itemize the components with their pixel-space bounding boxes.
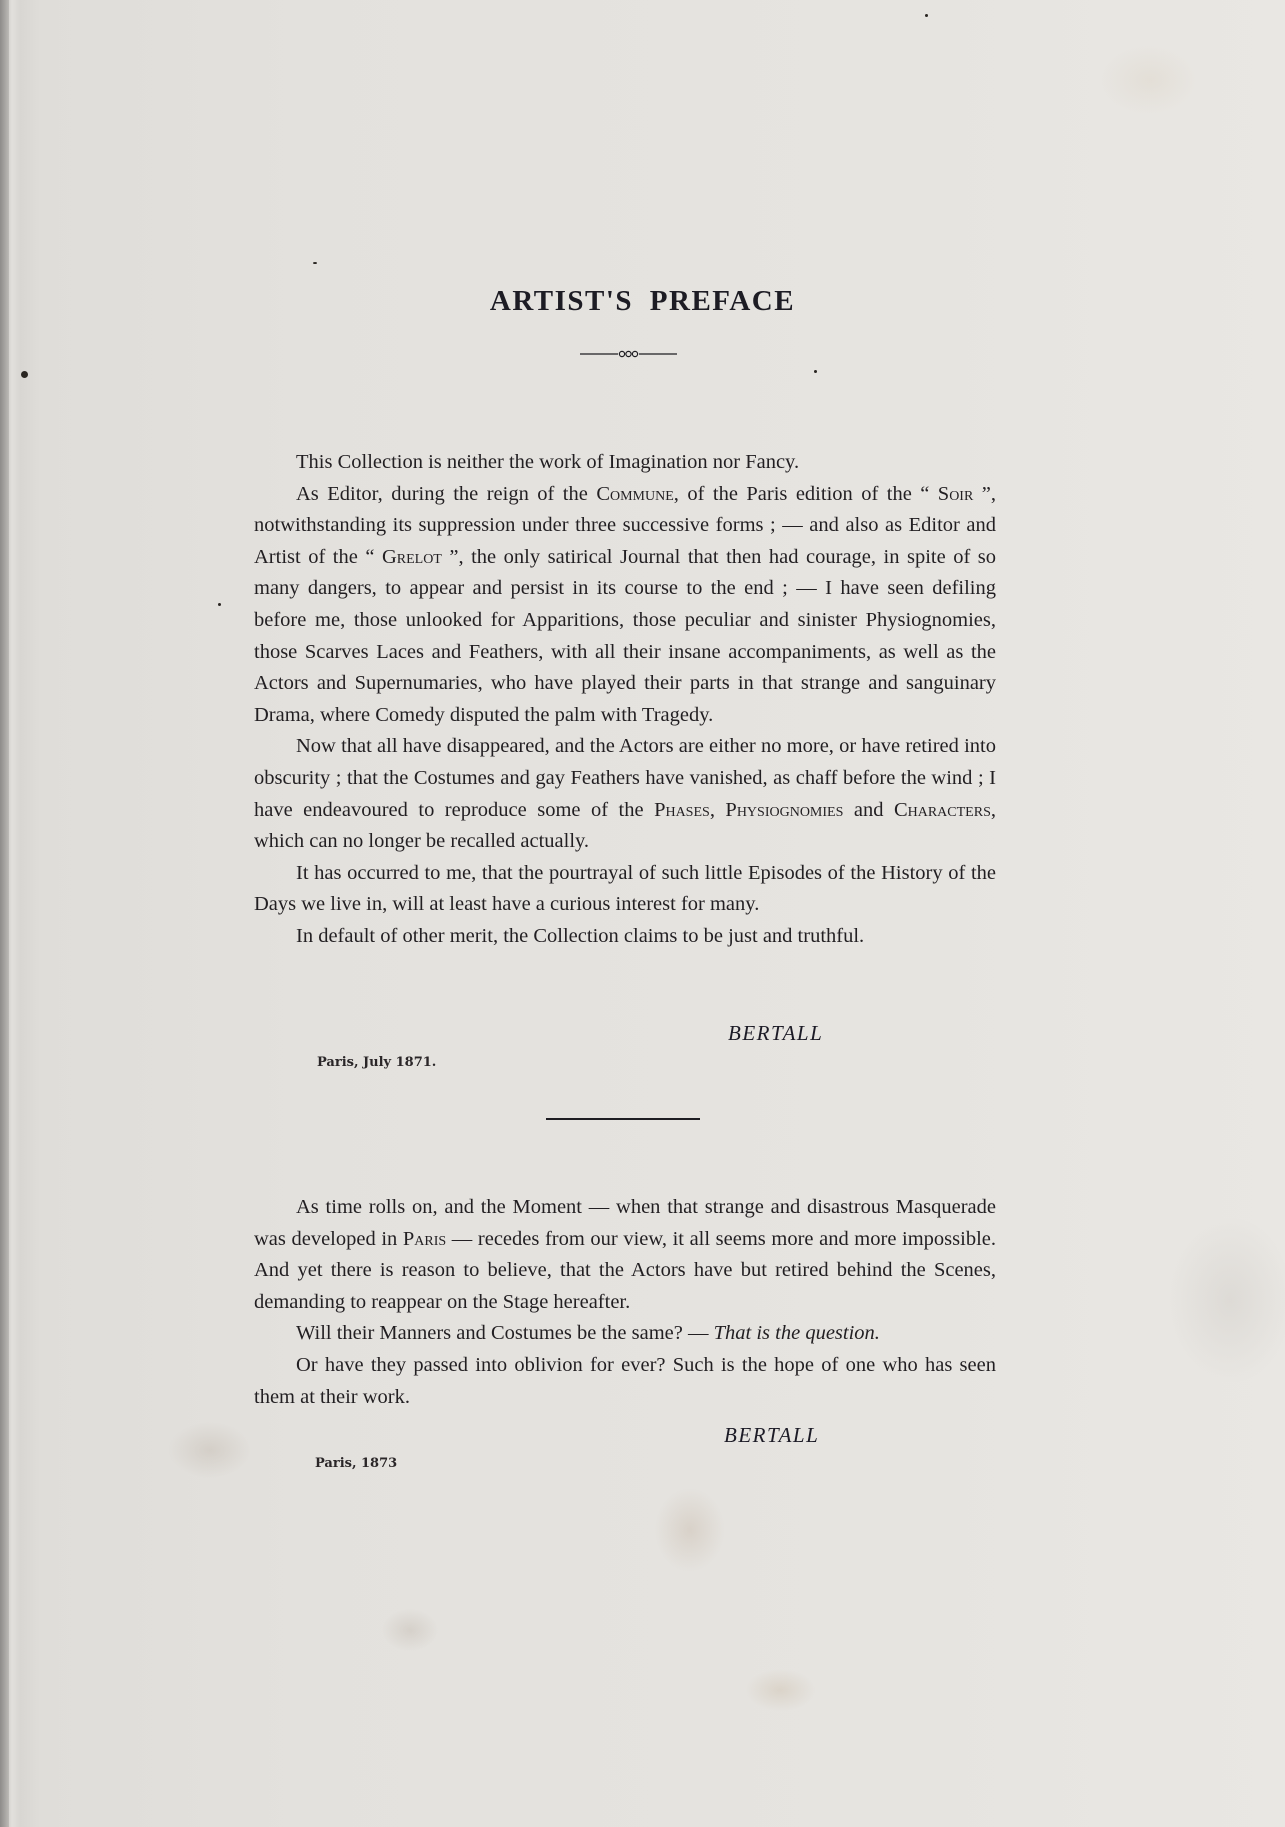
ink-speck (313, 262, 317, 264)
ink-speck (925, 14, 928, 17)
paragraph: Or have they passed into oblivion for ev… (254, 1350, 996, 1413)
small-caps-characters: Characters (894, 799, 991, 821)
dateline: Paris, July 1871. (317, 1055, 436, 1070)
ornament-divider-icon (580, 349, 677, 359)
preface-section-2: As time rolls on, and the Moment — when … (254, 1192, 996, 1413)
paragraph: It has occurred to me, that the pourtray… (254, 858, 996, 921)
ink-speck (814, 370, 817, 373)
binding-edge (0, 0, 9, 1827)
small-caps-paris: Paris (403, 1228, 446, 1250)
preface-section-1: This Collection is neither the work of I… (254, 447, 996, 953)
ink-speck (218, 603, 221, 606)
small-caps-grelot: Grelot (382, 546, 442, 568)
paragraph: Will their Manners and Costumes be the s… (254, 1318, 996, 1350)
paragraph: This Collection is neither the work of I… (254, 447, 996, 479)
small-caps-phases: Phases (654, 799, 710, 821)
section-separator (546, 1118, 700, 1120)
paragraph: As time rolls on, and the Moment — when … (254, 1192, 996, 1318)
signature-bertall: BERTALL (724, 1423, 819, 1448)
page-title: ARTIST'S PREFACE (0, 285, 1285, 318)
paragraph: In default of other merit, the Collectio… (254, 921, 996, 953)
paragraph: Now that all have disappeared, and the A… (254, 731, 996, 857)
italic-quote: That is the question. (714, 1322, 880, 1344)
page-scan: ARTIST'S PREFACE This Collection is neit… (0, 0, 1285, 1827)
signature-bertall: BERTALL (728, 1021, 823, 1046)
ink-speck (21, 371, 28, 378)
small-caps-physiognomies: Physiognomies (725, 799, 843, 821)
small-caps-soir: Soir (938, 483, 974, 505)
small-caps-commune: Commune (596, 483, 673, 505)
dateline: Paris, 1873 (315, 1456, 397, 1471)
paragraph: As Editor, during the reign of the Commu… (254, 479, 996, 732)
